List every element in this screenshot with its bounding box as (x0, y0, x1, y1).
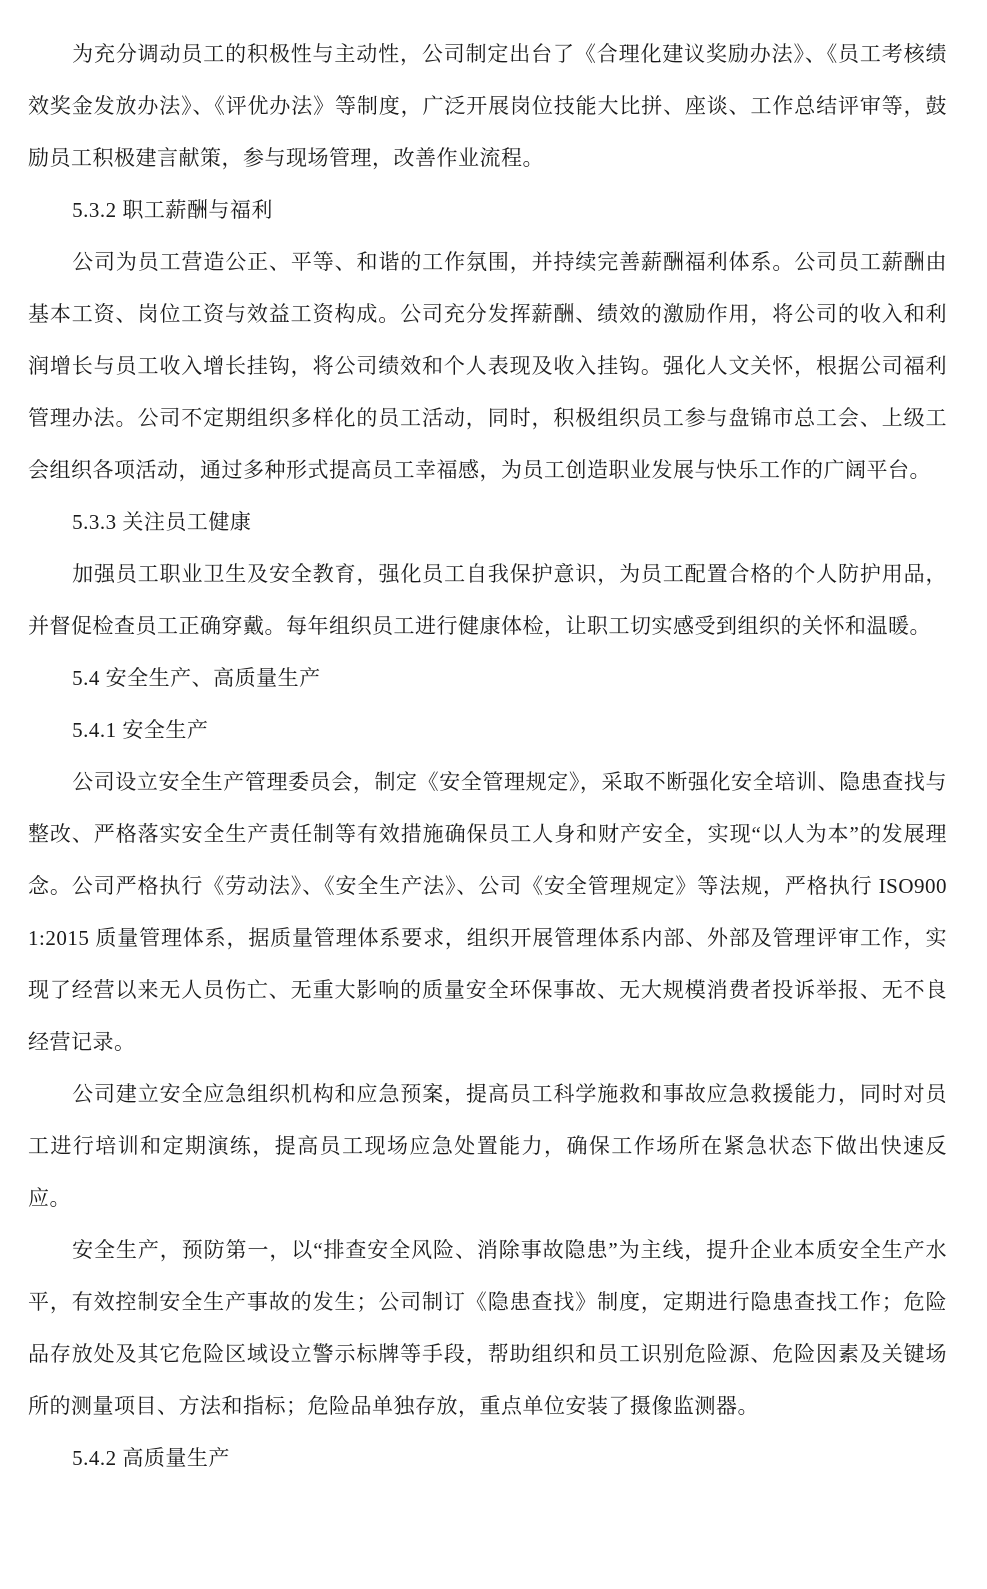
paragraph: 公司设立安全生产管理委员会，制定《安全管理规定》，采取不断强化安全培训、隐患查找… (28, 756, 947, 1068)
section-heading-5-4-1: 5.4.1 安全生产 (28, 704, 947, 756)
paragraph: 加强员工职业卫生及安全教育，强化员工自我保护意识，为员工配置合格的个人防护用品，… (28, 548, 947, 652)
paragraph: 安全生产，预防第一，以“排查安全风险、消除事故隐患”为主线，提升企业本质安全生产… (28, 1224, 947, 1432)
paragraph: 公司建立安全应急组织机构和应急预案，提高员工科学施救和事故应急救援能力，同时对员… (28, 1068, 947, 1224)
section-heading-5-3-2: 5.3.2 职工薪酬与福利 (28, 184, 947, 236)
section-heading-5-4: 5.4 安全生产、高质量生产 (28, 652, 947, 704)
paragraph: 公司为员工营造公正、平等、和谐的工作氛围，并持续完善薪酬福利体系。公司员工薪酬由… (28, 236, 947, 496)
paragraph: 为充分调动员工的积极性与主动性，公司制定出台了《合理化建议奖励办法》、《员工考核… (28, 28, 947, 184)
document-page: 为充分调动员工的积极性与主动性，公司制定出台了《合理化建议奖励办法》、《员工考核… (0, 0, 987, 1589)
section-heading-5-4-2: 5.4.2 高质量生产 (28, 1432, 947, 1484)
section-heading-5-3-3: 5.3.3 关注员工健康 (28, 496, 947, 548)
